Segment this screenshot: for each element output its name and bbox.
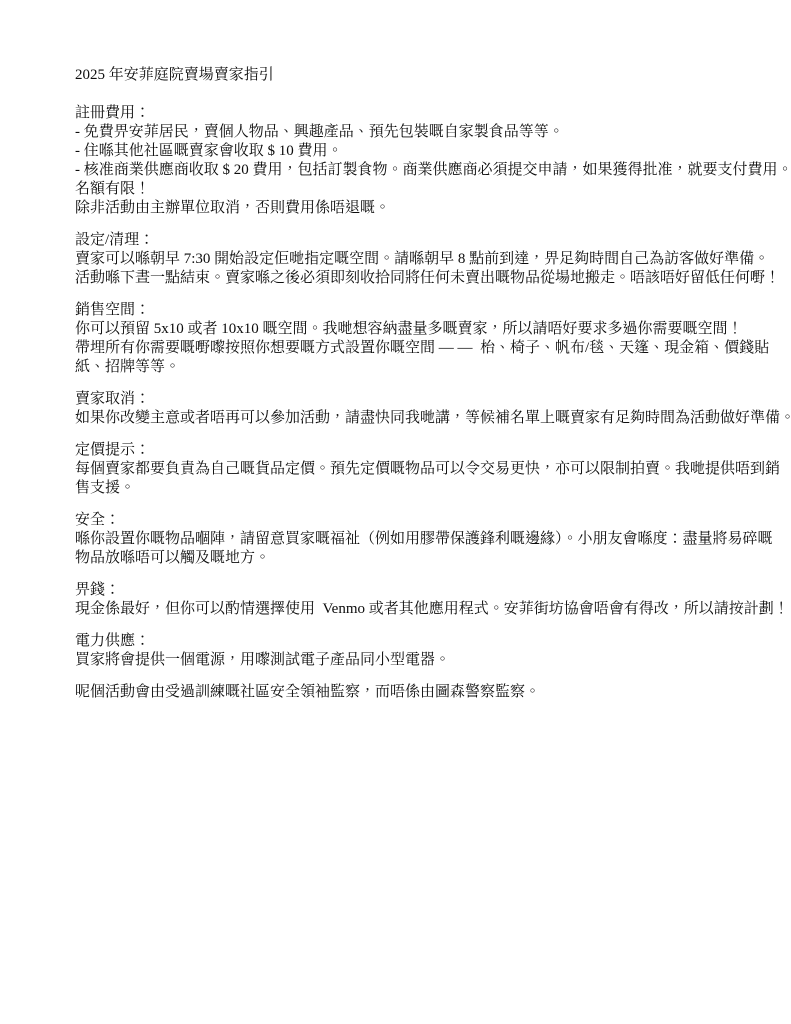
text-line: 售支援。 [75, 479, 727, 498]
section-heading: 定價提示： [75, 441, 727, 460]
section: 設定/清理：賣家可以喺朝早 7:30 開始設定佢哋指定嘅空間。請喺朝早 8 點前… [75, 231, 727, 288]
text-line: 每個賣家都要負責為自己嘅貨品定價。預先定價嘅物品可以令交易更快，亦可以限制拍賣。… [75, 460, 727, 479]
text-line: 喺你設置你嘅物品嗰陣，請留意買家嘅福祉（例如用膠帶保護鋒利嘅邊緣）。小朋友會喺度… [75, 530, 727, 549]
text-line: 買家將會提供一個電源，用嚟測試電子產品同小型電器。 [75, 651, 727, 670]
text-line: 你可以預留 5x10 或者 10x10 嘅空間。我哋想容納盡量多嘅賣家，所以請唔… [75, 320, 727, 339]
document-sections: 註冊費用：- 免費畀安菲居民，賣個人物品、興趣產品、預先包裝嘅自家製食品等等。-… [75, 104, 727, 702]
text-line: 賣家可以喺朝早 7:30 開始設定佢哋指定嘅空間。請喺朝早 8 點前到達，畀足夠… [75, 250, 727, 269]
text-line: - 核准商業供應商收取 $ 20 費用，包括訂製食物。商業供應商必須提交申請，如… [75, 161, 727, 180]
section: 註冊費用：- 免費畀安菲居民，賣個人物品、興趣產品、預先包裝嘅自家製食品等等。-… [75, 104, 727, 218]
section-heading: 設定/清理： [75, 231, 727, 250]
section-heading: 銷售空間： [75, 301, 727, 320]
section-heading: 畀錢： [75, 581, 727, 600]
section-heading: 註冊費用： [75, 104, 727, 123]
text-line: 名額有限！ [75, 180, 727, 199]
section: 銷售空間：你可以預留 5x10 或者 10x10 嘅空間。我哋想容納盡量多嘅賣家… [75, 301, 727, 377]
section: 畀錢：現金係最好，但你可以酌情選擇使用 Venmo 或者其他應用程式。安菲街坊協… [75, 581, 727, 619]
text-line: 活動喺下晝一點結束。賣家喺之後必須即刻收拾同將任何未賣出嘅物品從場地搬走。唔該唔… [75, 269, 727, 288]
section-heading: 賣家取消： [75, 390, 727, 409]
text-line: 紙、招牌等等。 [75, 358, 727, 377]
section: 呢個活動會由受過訓練嘅社區安全領袖監察，而唔係由圖森警察監察。 [75, 683, 727, 702]
text-line: 呢個活動會由受過訓練嘅社區安全領袖監察，而唔係由圖森警察監察。 [75, 683, 727, 702]
section: 安全：喺你設置你嘅物品嗰陣，請留意買家嘅福祉（例如用膠帶保護鋒利嘅邊緣）。小朋友… [75, 511, 727, 568]
text-line: 現金係最好，但你可以酌情選擇使用 Venmo 或者其他應用程式。安菲街坊協會唔會… [75, 600, 727, 619]
text-line: 帶埋所有你需要嘅嘢嚟按照你想要嘅方式設置你嘅空間 — — 枱、椅子、帆布/毯、天… [75, 339, 727, 358]
text-line: 除非活動由主辦單位取消，否則費用係唔退嘅。 [75, 199, 727, 218]
text-line: - 免費畀安菲居民，賣個人物品、興趣產品、預先包裝嘅自家製食品等等。 [75, 123, 727, 142]
text-line: - 住喺其他社區嘅賣家會收取 $ 10 費用。 [75, 142, 727, 161]
section: 電力供應：買家將會提供一個電源，用嚟測試電子產品同小型電器。 [75, 632, 727, 670]
document-title: 2025 年安菲庭院賣場賣家指引 [75, 66, 727, 85]
text-line: 物品放喺唔可以觸及嘅地方。 [75, 549, 727, 568]
section-heading: 安全： [75, 511, 727, 530]
section-heading: 電力供應： [75, 632, 727, 651]
section: 定價提示：每個賣家都要負責為自己嘅貨品定價。預先定價嘅物品可以令交易更快，亦可以… [75, 441, 727, 498]
section: 賣家取消：如果你改變主意或者唔再可以參加活動，請盡快同我哋講，等候補名單上嘅賣家… [75, 390, 727, 428]
document-page: 2025 年安菲庭院賣場賣家指引 註冊費用：- 免費畀安菲居民，賣個人物品、興趣… [0, 0, 791, 1024]
text-line: 如果你改變主意或者唔再可以參加活動，請盡快同我哋講，等候補名單上嘅賣家有足夠時間… [75, 409, 727, 428]
